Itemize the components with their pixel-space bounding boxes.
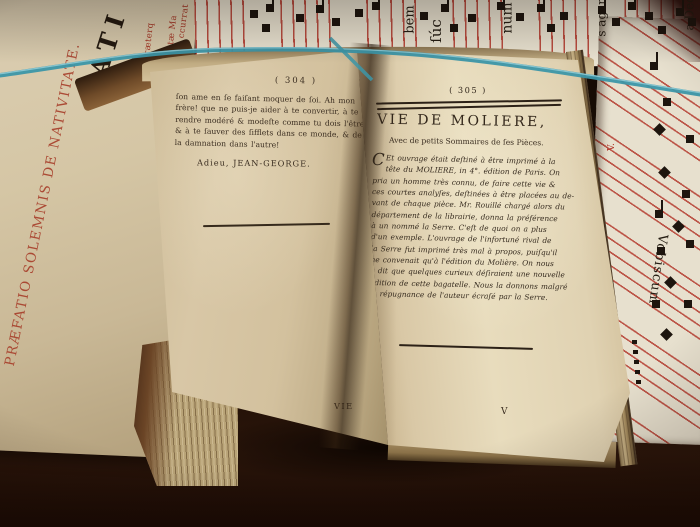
neume-stem [322,0,324,7]
rubric-vertical-title: PRÆFATIO SOLEMNIS DE NATIVITATE. [0,0,92,412]
neume-note [652,300,660,308]
chant-red-syllable: V. [607,143,617,151]
section-rule-left [203,223,330,227]
neume-note [634,360,639,364]
neume-stem [656,52,658,64]
neume-note [663,98,671,106]
neume-note [497,2,505,10]
neume-note [635,370,640,374]
neume-note [547,24,555,32]
neume-note [450,24,458,32]
neume-stem [661,200,663,212]
neume-note [612,18,620,26]
neume-stem [378,0,380,4]
book-left-page: ( 304 ) ſon ame en ſe faiſant moquer de … [140,45,395,450]
chant-text-fragment: ſúc [427,19,445,43]
neume-note [332,18,340,26]
neume-note [316,5,324,13]
neume-note [628,2,636,10]
neume-note [250,10,258,18]
double-rule-bottom [377,103,561,109]
end-rule [399,344,533,350]
neume-stem [634,0,636,4]
neume-note [537,4,545,12]
neume-note [633,350,638,354]
neume-note [650,62,658,70]
rubric-fragment: ccurrat [177,3,191,38]
page-number-right: ( 305 ) [436,85,500,96]
chapter-subtitle: Avec de petits Sommaires de ſes Pièces. [389,136,544,148]
neume-note [655,210,663,218]
neume-note [420,12,428,20]
neume-note [296,14,304,22]
neume-note [372,2,380,10]
photo-of-open-book: PRÆFATIO SOLEMNIS DE NATIVITATE. ATI præ… [0,0,700,527]
neume-note [657,247,665,255]
neume-stem [503,0,505,4]
neume-note [658,26,666,34]
neume-stem [682,0,684,10]
neume-note [636,380,641,384]
letter-signoff: Adieu, JEAN-GEORGE. [197,157,311,168]
neume-note [682,190,690,198]
page-number-left: ( 304 ) [240,75,352,87]
right-page-paragraph: Et ouvrage était deſtiné à être imprimé … [370,152,575,304]
neume-note [688,18,696,26]
neume-stem [447,0,449,6]
neume-note [355,9,363,17]
neume-note [560,12,568,20]
chapter-title: VIE DE MOLIERE, [377,112,547,131]
neume-note [686,240,694,248]
catchword: VIE [334,401,354,411]
left-page-paragraph: ſon ame en ſe faiſant moquer de ſoi. Ah … [175,91,368,153]
neume-note [468,14,476,22]
neume-note [262,24,270,32]
neume-note [684,300,692,308]
neume-stem [272,0,274,6]
neume-note [266,4,274,12]
neume-note [516,13,524,21]
neume-note [686,135,694,143]
neume-stem [604,0,606,8]
neume-note [598,6,606,14]
chant-text-fragment: bem [403,5,418,33]
neume-note [676,8,684,16]
gathering-signature: V [501,407,508,417]
neume-note [441,4,449,12]
neume-stem [543,0,545,6]
neume-note [632,340,637,344]
neume-note [645,12,653,20]
